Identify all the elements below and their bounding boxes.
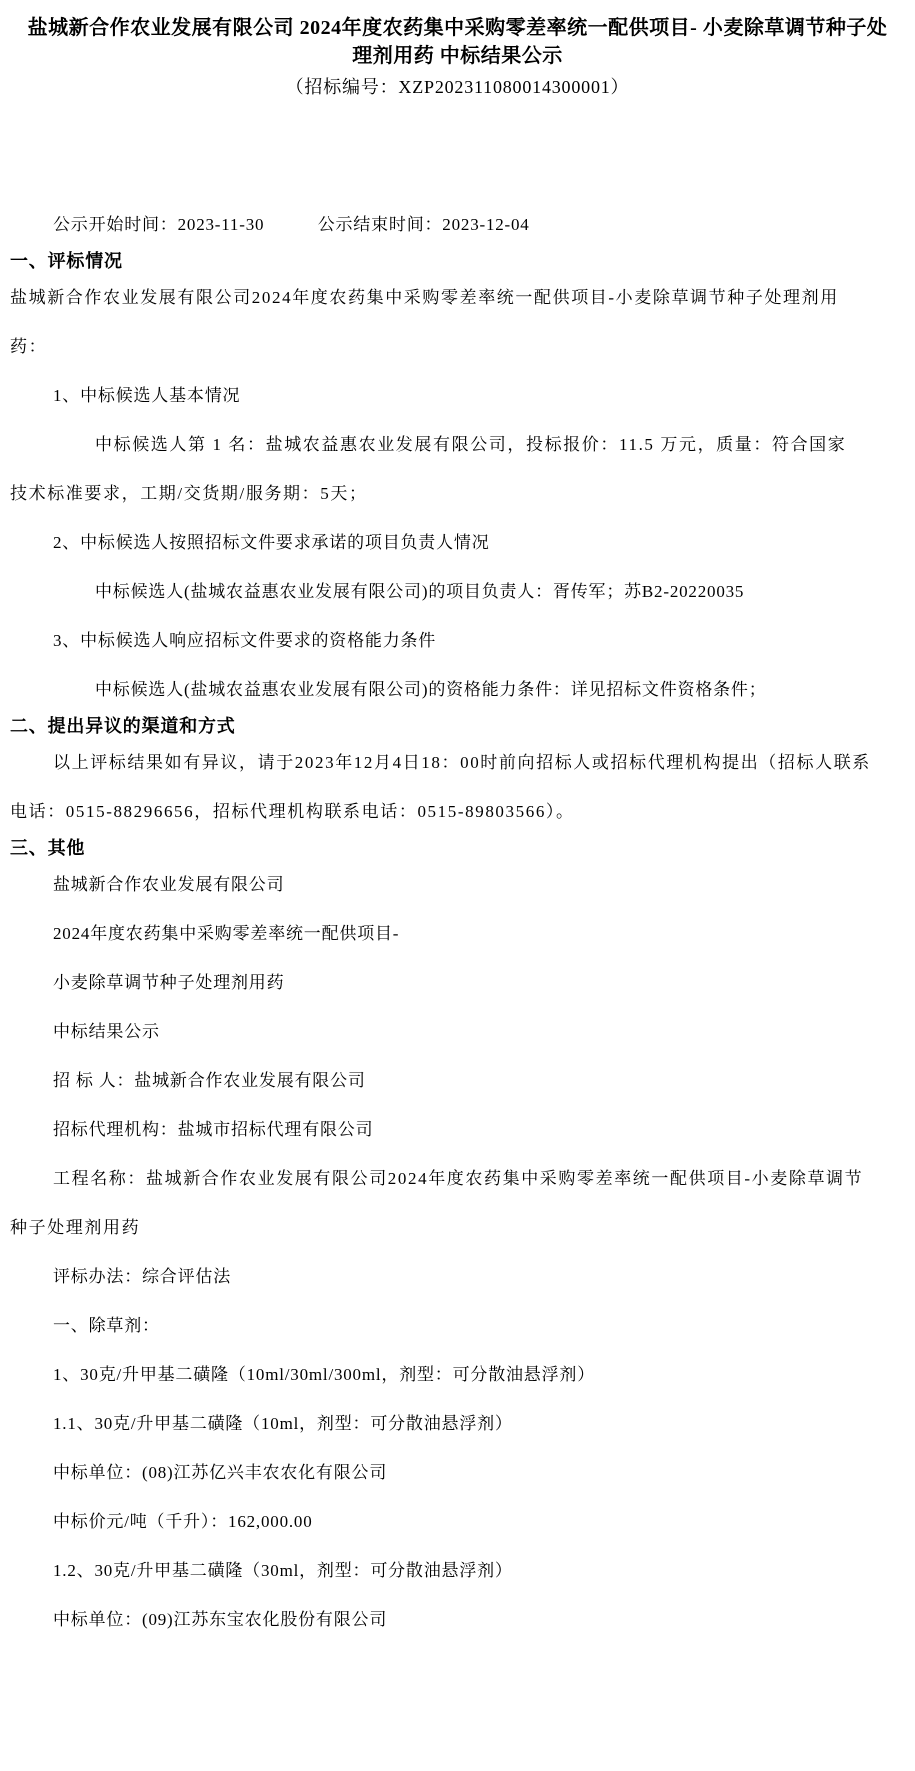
project-manager-heading: 2、中标候选人按照招标文件要求承诺的项目负责人情况 xyxy=(10,518,905,567)
tender-number: （招标编号：XZP202311080014300001） xyxy=(10,72,905,102)
objection-instructions: 以上评标结果如有异议，请于2023年12月4日18：00时前向招标人或招标代理机… xyxy=(10,738,905,836)
doc-title: 盐城新合作农业发展有限公司 2024年度农药集中采购零差率统一配供项目- 小麦除… xyxy=(10,14,905,70)
agency-line: 招标代理机构：盐城市招标代理有限公司 xyxy=(10,1105,905,1154)
winner-1-2-line: 中标单位：(09)江苏东宝农化股份有限公司 xyxy=(10,1595,905,1644)
product-1-1-line: 1.1、30克/升甲基二磺隆（10ml，剂型：可分散油悬浮剂） xyxy=(10,1399,905,1448)
product-1-2-line: 1.2、30克/升甲基二磺隆（30ml，剂型：可分散油悬浮剂） xyxy=(10,1546,905,1595)
project-manager-details: 中标候选人(盐城农益惠农业发展有限公司)的项目负责人：胥传军；苏B2-20220… xyxy=(10,567,905,616)
section-3-heading: 三、其他 xyxy=(10,836,905,860)
tenderee-line: 招 标 人：盐城新合作农业发展有限公司 xyxy=(10,1056,905,1105)
evaluation-method-line: 评标办法：综合评估法 xyxy=(10,1252,905,1301)
product-1-line: 1、30克/升甲基二磺隆（10ml/30ml/300ml，剂型：可分散油悬浮剂） xyxy=(10,1350,905,1399)
winner-1-1-line: 中标单位：(08)江苏亿兴丰农农化有限公司 xyxy=(10,1448,905,1497)
project-scope-paragraph: 盐城新合作农业发展有限公司2024年度农药集中采购零差率统一配供项目-小麦除草调… xyxy=(10,273,905,371)
herbicide-section-line: 一、除草剂： xyxy=(10,1301,905,1350)
candidate-basic-info-heading: 1、中标候选人基本情况 xyxy=(10,371,905,420)
publicity-dates: 公示开始时间：2023-11-30 公示结束时间：2023-12-04 xyxy=(10,200,905,249)
qualification-heading: 3、中标候选人响应招标文件要求的资格能力条件 xyxy=(10,616,905,665)
candidate-1-details: 中标候选人第 1 名：盐城农益惠农业发展有限公司，投标报价：11.5 万元，质量… xyxy=(10,420,905,518)
project-line-1: 2024年度农药集中采购零差率统一配供项目- xyxy=(10,909,905,958)
section-2-heading: 二、提出异议的渠道和方式 xyxy=(10,714,905,738)
section-1-heading: 一、评标情况 xyxy=(10,249,905,273)
qualification-details: 中标候选人(盐城农益惠农业发展有限公司)的资格能力条件：详见招标文件资格条件； xyxy=(10,665,905,714)
project-full-name: 工程名称：盐城新合作农业发展有限公司2024年度农药集中采购零差率统一配供项目-… xyxy=(10,1154,905,1252)
tenderee-name-line: 盐城新合作农业发展有限公司 xyxy=(10,860,905,909)
announcement-page: 盐城新合作农业发展有限公司 2024年度农药集中采购零差率统一配供项目- 小麦除… xyxy=(0,0,915,1771)
price-1-1-line: 中标价元/吨（千升）：162,000.00 xyxy=(10,1497,905,1546)
announcement-type-line: 中标结果公示 xyxy=(10,1007,905,1056)
project-line-2: 小麦除草调节种子处理剂用药 xyxy=(10,958,905,1007)
